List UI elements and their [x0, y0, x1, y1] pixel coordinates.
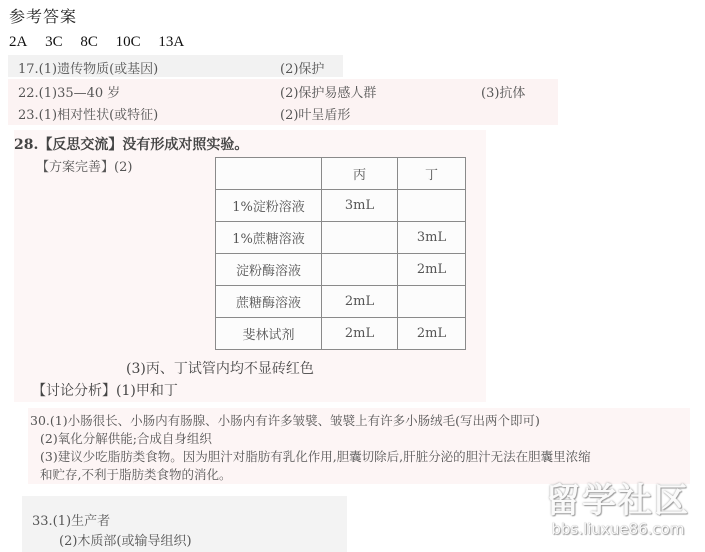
page-title: 参考答案 [9, 4, 77, 27]
answer-28-part3: (3)丙、丁试管内均不显砖红色 [126, 358, 314, 378]
table-cell: 1%蔗糖溶液 [216, 222, 322, 254]
choice-answer: 10C [116, 34, 141, 50]
table-row: 淀粉酶溶液 2mL [216, 254, 466, 286]
table-row: 斐林试剂 2mL 2mL [216, 318, 466, 350]
answer-30: 30.(1)小肠很长、小肠内有肠腺、小肠内有许多皱襞、皱襞上有许多小肠绒毛(写出… [28, 408, 690, 484]
watermark-logo: 留学社区 [538, 482, 698, 520]
table-cell: 3mL [398, 222, 466, 254]
answer-30-line3: (3)建议少吃脂肪类食物。因为胆汁对脂肪有乳化作用,胆囊切除后,肝脏分泌的胆汁无… [40, 447, 591, 465]
table-header-cell: 丁 [398, 158, 466, 190]
table-cell: 2mL [322, 318, 398, 350]
choice-answer: 13A [158, 34, 184, 50]
answer-30-line4: 和贮存,不利于脂肪类食物的消化。 [40, 465, 231, 483]
experiment-table: 丙 丁 1%淀粉溶液 3mL 1%蔗糖溶液 3mL 淀粉酶溶液 2mL 蔗糖酶溶… [215, 157, 466, 350]
choice-answer: 3C [45, 34, 63, 50]
table-cell: 淀粉酶溶液 [216, 254, 322, 286]
answer-30-line2: (2)氧化分解供能;合成自身组织 [40, 429, 212, 447]
answer-28-discussion: 【讨论分析】(1)甲和丁 [32, 380, 178, 400]
answer-22-part1: 22.(1)35—40 岁 [18, 82, 120, 101]
answer-23-part1: 23.(1)相对性状(或特征) [18, 104, 158, 123]
table-header-cell: 丙 [322, 158, 398, 190]
answer-22-part2: (2)保护易感人群 [280, 82, 376, 101]
table-cell: 2mL [398, 318, 466, 350]
table-cell [398, 190, 466, 222]
answer-23-part2: (2)叶呈盾形 [280, 104, 350, 123]
table-cell [322, 222, 398, 254]
answer-17: 17.(1)遗传物质(或基因) (2)保护 [8, 55, 343, 77]
table-row: 1%蔗糖溶液 3mL [216, 222, 466, 254]
table-cell [398, 286, 466, 318]
choice-answers: 2A 3C 8C 10C 13A [9, 34, 198, 51]
answer-33-line1: 33.(1)生产者 [32, 510, 110, 529]
watermark-url: bbs.liuxue86.com [538, 520, 698, 538]
answer-28-plan-label: 【方案完善】(2) [36, 156, 132, 175]
answer-33: 33.(1)生产者 (2)木质部(或输导组织) [22, 496, 347, 552]
table-cell: 斐林试剂 [216, 318, 322, 350]
answer-33-line2: (2)木质部(或输导组织) [59, 530, 192, 549]
answer-30-line1: 30.(1)小肠很长、小肠内有肠腺、小肠内有许多皱襞、皱襞上有许多小肠绒毛(写出… [30, 411, 540, 429]
answer-22-23: 22.(1)35—40 岁 (2)保护易感人群 (3)抗体 23.(1)相对性状… [8, 79, 558, 125]
choice-answer: 2A [9, 34, 27, 50]
table-cell: 1%淀粉溶液 [216, 190, 322, 222]
table-cell [322, 254, 398, 286]
table-cell: 蔗糖酶溶液 [216, 286, 322, 318]
answer-22-part3: (3)抗体 [481, 82, 525, 101]
table-cell: 2mL [322, 286, 398, 318]
answer-17-part2: (2)保护 [280, 58, 324, 77]
answer-17-part1: 17.(1)遗传物质(或基因) [18, 58, 158, 77]
watermark: 留学社区 bbs.liuxue86.com [538, 482, 698, 548]
table-row: 1%淀粉溶液 3mL [216, 190, 466, 222]
table-header-row: 丙 丁 [216, 158, 466, 190]
answer-28-reflection: 28.【反思交流】没有形成对照实验。 [14, 134, 248, 154]
table-cell: 3mL [322, 190, 398, 222]
table-row: 蔗糖酶溶液 2mL [216, 286, 466, 318]
table-header-cell [216, 158, 322, 190]
choice-answer: 8C [80, 34, 98, 50]
table-cell: 2mL [398, 254, 466, 286]
